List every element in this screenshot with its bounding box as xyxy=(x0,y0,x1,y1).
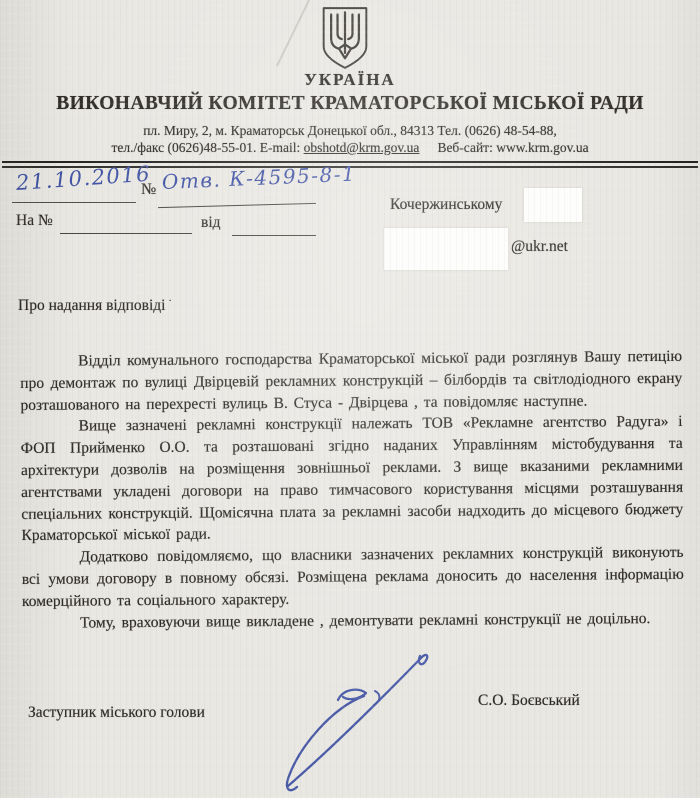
body-paragraph-3: Додатково повідомляємо, що власники зазн… xyxy=(22,542,684,613)
fax-label: тел./факс (0626)48-55-01. E-mail: xyxy=(111,140,303,155)
incoming-number-label: На № xyxy=(16,212,53,230)
from-blank-line xyxy=(232,235,316,236)
contact-line: тел./факс (0626)48-55-01. E-mail: obshot… xyxy=(0,140,700,156)
number-blank-line xyxy=(158,203,316,208)
subject-text: Про надання відповіді xyxy=(18,297,165,314)
website-label: Веб-сайт: www.krm.gov.ua xyxy=(437,140,588,155)
scan-crease xyxy=(276,0,312,66)
signature-ink xyxy=(278,642,438,794)
recipient-email-domain: @ukr.net xyxy=(511,238,568,256)
body-paragraph-2: Вище зазначені рекламні конструкції нале… xyxy=(21,411,684,547)
signer-name: С.О. Боєвський xyxy=(478,692,580,710)
redaction-box-email-local xyxy=(384,228,508,270)
body-paragraph-4: Тому, враховуючи вище викладене , демонт… xyxy=(22,607,684,634)
redaction-box-first-name xyxy=(524,188,582,222)
from-date-label: від xyxy=(201,214,221,232)
ukraine-trident-icon xyxy=(320,6,370,70)
subject-line: Про надання відповіді· xyxy=(18,296,172,315)
address-line: пл. Миру, 2, м. Краматорськ Донецької об… xyxy=(0,123,700,139)
body-paragraph-1: Відділ комунального господарства Крамато… xyxy=(20,346,682,417)
organization-title: ВИКОНАВЧИЙ КОМІТЕТ КРАМАТОРСЬКОЇ МІСЬКОЇ… xyxy=(0,93,700,115)
incoming-blank-line xyxy=(60,233,192,234)
signer-position: Заступник міського голови xyxy=(28,704,205,722)
subject-stray-mark: · xyxy=(168,296,171,307)
number-sign-label: № xyxy=(141,181,156,199)
letter-body: Відділ комунального господарства Крамато… xyxy=(20,346,684,635)
country-title: УКРАЇНА xyxy=(0,70,700,90)
recipient-name: Кочержинському xyxy=(390,196,502,214)
email-address: obshotd@krm.gov.ua xyxy=(304,140,420,155)
scanned-letter-page: УКРАЇНА ВИКОНАВЧИЙ КОМІТЕТ КРАМАТОРСЬКОЇ… xyxy=(0,0,700,798)
date-blank-line xyxy=(12,202,136,203)
